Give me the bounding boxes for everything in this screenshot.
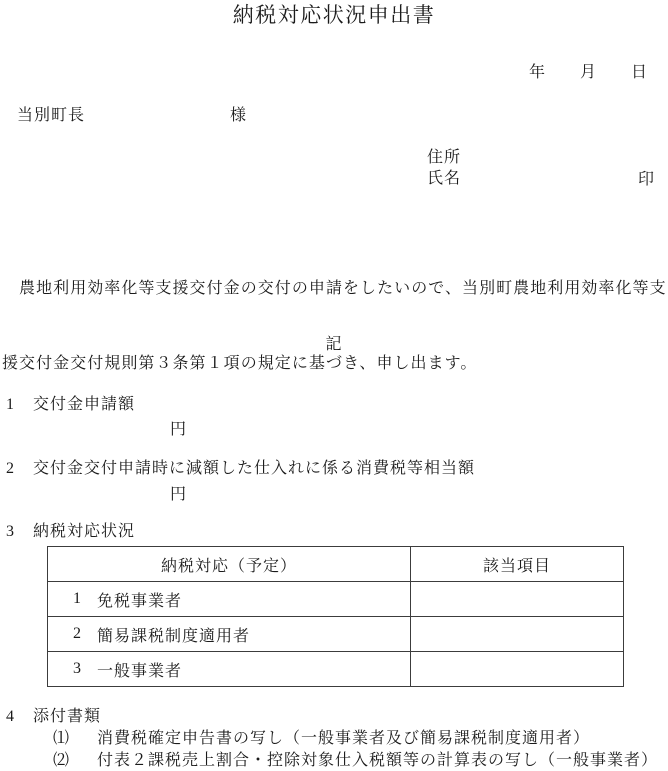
document-page: 納税対応状況申出書 年 月 日 当別町長 様 住所 氏名 印 農地利用効率化等支… [0, 0, 668, 771]
address-blank-field[interactable] [472, 146, 632, 166]
table-row-general-business: 3一般事業者 [48, 651, 410, 686]
item-2-tax-equivalent-amount: 2交付金交付申請時に減額した仕入れに係る消費税等相当額 [6, 458, 475, 480]
item-2-label: 交付金交付申請時に減額した仕入れに係る消費税等相当額 [33, 460, 475, 477]
item-4-label: 添付書類 [33, 708, 101, 725]
page-title: 納税対応状況申出書 [0, 1, 668, 29]
recipient-name-blank-field[interactable] [92, 104, 222, 126]
attachment-1: ⑴消費税確定申告書の写し（一般事業者及び簡易課税制度適用者） [53, 728, 590, 750]
recipient-name: 当別町長 [17, 105, 85, 127]
date-line: 年 月 日 [529, 62, 648, 84]
name-label: 氏名 [427, 168, 461, 190]
table-row-1-value-cell[interactable] [410, 581, 623, 616]
recipient-honorific: 様 [230, 105, 247, 127]
item-3-label: 納税対応状況 [33, 523, 135, 540]
table-row-3-label: 一般事業者 [97, 658, 182, 681]
table-row-2-number: 2 [73, 625, 97, 643]
attachment-1-text: 消費税確定申告書の写し（一般事業者及び簡易課税制度適用者） [97, 730, 590, 747]
table-row-2-label: 簡易課税制度適用者 [97, 623, 250, 646]
name-blank-field[interactable] [472, 167, 632, 187]
table-row-2-value-cell[interactable] [410, 616, 623, 651]
item-1-number: 1 [6, 394, 33, 416]
item-2-unit-yen: 円 [170, 484, 187, 506]
attachment-1-number: ⑴ [53, 728, 97, 750]
table-row-simplified-taxation: 2簡易課税制度適用者 [48, 616, 410, 651]
item-1-unit-yen: 円 [170, 419, 187, 441]
body-line-1: 農地利用効率化等支援交付金の交付の申請をしたいので、当別町農地利用効率化等支 [2, 276, 668, 301]
item-1-label: 交付金申請額 [33, 396, 135, 413]
tax-status-table: 納税対応（予定） 該当項目 1免税事業者 2簡易課税制度適用者 3一般事業者 [47, 546, 624, 687]
item-2-number: 2 [6, 458, 33, 480]
amount-2-blank-field[interactable] [50, 481, 165, 505]
attachment-2-number: ⑵ [53, 750, 97, 771]
item-1-grant-amount: 1交付金申請額 [6, 394, 135, 416]
attachment-2: ⑵付表２課税売上割合・控除対象仕入税額等の計算表の写し（一般事業者） [53, 750, 658, 771]
address-label: 住所 [427, 147, 461, 169]
table-row-exempt-business: 1免税事業者 [48, 581, 410, 616]
amount-1-blank-field[interactable] [50, 416, 165, 440]
item-4-number: 4 [6, 706, 33, 728]
ki-marker: 記 [0, 334, 668, 356]
item-3-tax-status: 3納税対応状況 [6, 521, 135, 543]
table-header-applicable-item: 該当項目 [410, 547, 623, 581]
table-row-1-number: 1 [73, 590, 97, 608]
table-row-1-label: 免税事業者 [97, 588, 182, 611]
table-row-3-value-cell[interactable] [410, 651, 623, 686]
item-4-attachments: 4添付書類 [6, 706, 101, 728]
table-row-3-number: 3 [73, 660, 97, 678]
table-header-tax-response: 納税対応（予定） [48, 547, 410, 581]
attachment-2-text: 付表２課税売上割合・控除対象仕入税額等の計算表の写し（一般事業者） [97, 752, 658, 769]
item-3-number: 3 [6, 521, 33, 543]
seal-label: 印 [638, 169, 655, 191]
